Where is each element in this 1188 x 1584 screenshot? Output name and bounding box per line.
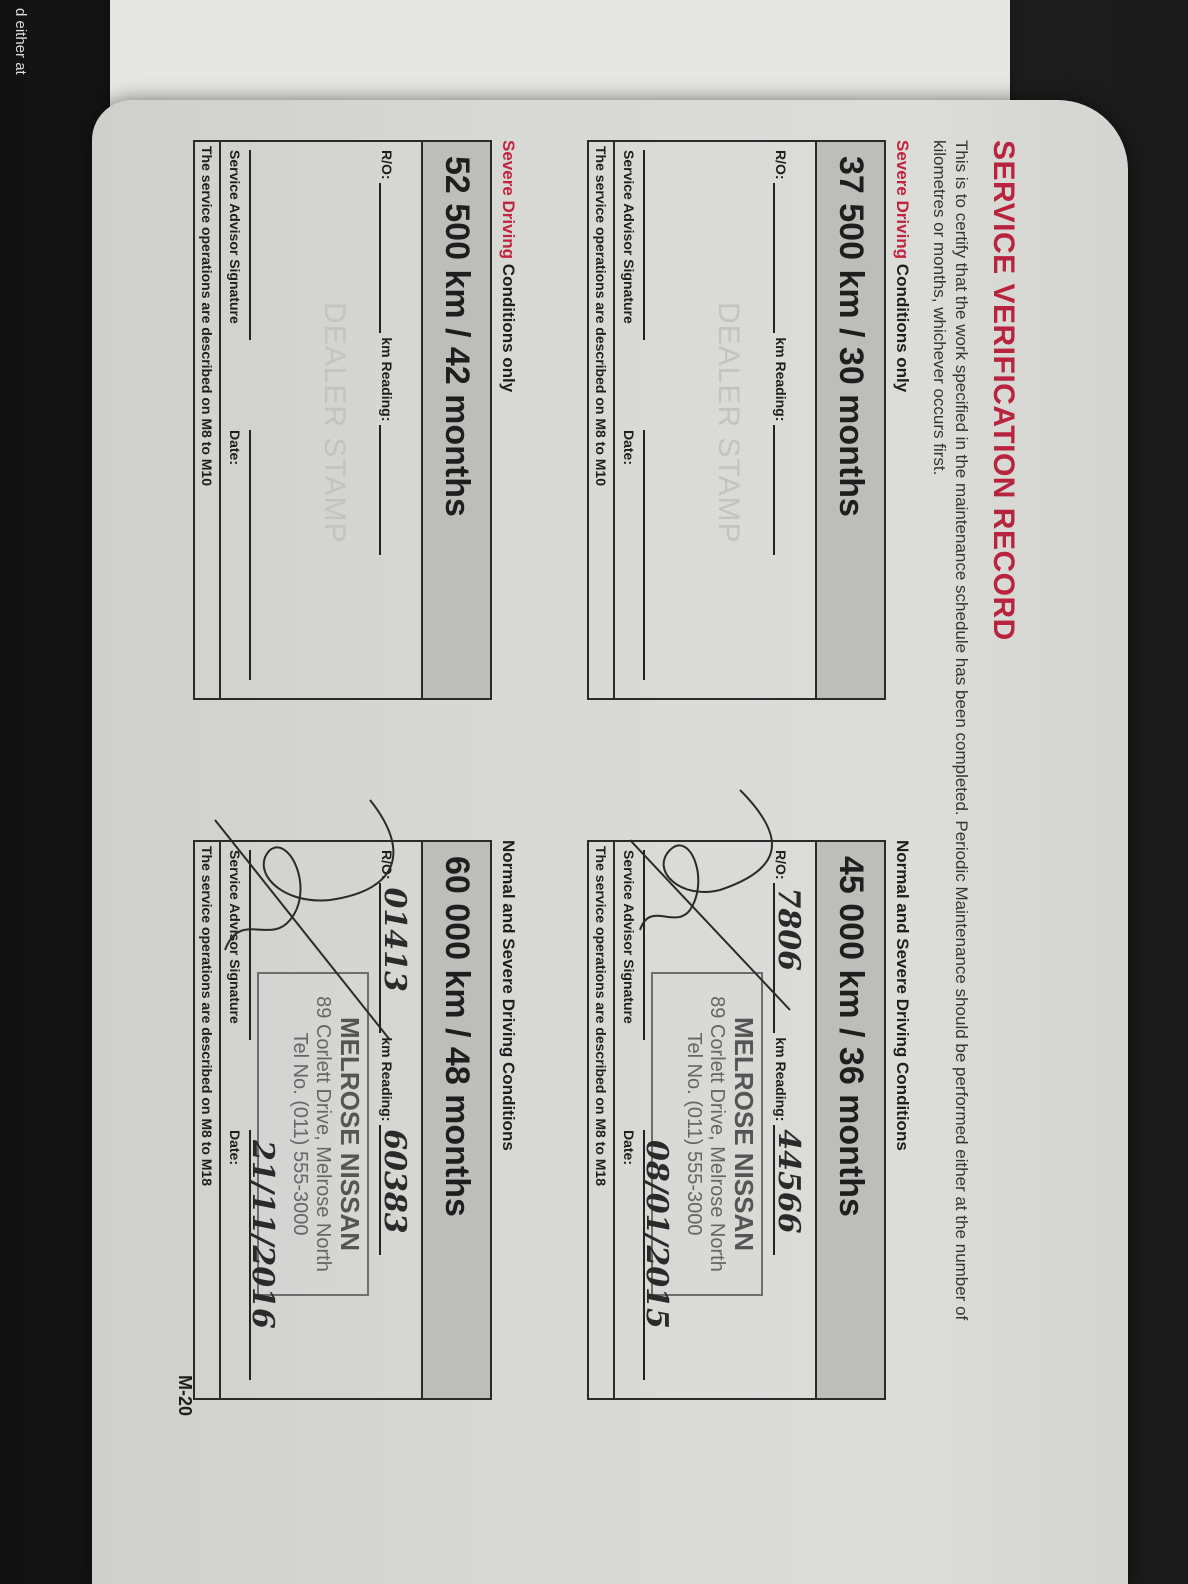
km-reading-field[interactable]: 44566	[773, 1125, 793, 1255]
advisor-signature-field[interactable]	[249, 150, 251, 340]
advisor-signature-label: Service Advisor Signature	[227, 850, 243, 1024]
record-box: 37 500 km / 30 monthsR/O: km Reading: DE…	[587, 140, 886, 700]
ro-label: R/O:	[379, 850, 395, 883]
date-handwritten-value: 08/01/2015	[639, 1140, 674, 1329]
date-field[interactable]	[643, 430, 645, 680]
service-operations-note: The service operations are described on …	[195, 842, 221, 1398]
km-handwritten-value: 60383	[377, 1129, 412, 1233]
service-operations-note: The service operations are described on …	[589, 142, 615, 698]
advisor-signature-label: Service Advisor Signature	[621, 850, 637, 1024]
dealer-stamp-placeholder: DEALER STAMP	[711, 302, 745, 544]
underlying-page-text: d either at	[12, 8, 29, 75]
advisor-signature-field[interactable]	[643, 850, 645, 1040]
dealer-phone: Tel No. (011) 555-3000	[288, 974, 311, 1294]
ro-field[interactable]: 7806	[773, 883, 793, 1033]
service-operations-note: The service operations are described on …	[589, 842, 615, 1398]
record-box: 45 000 km / 36 monthsR/O: 7806 km Readin…	[587, 840, 886, 1400]
date-field[interactable]	[249, 430, 251, 680]
ro-label: R/O:	[773, 150, 789, 183]
dealer-stamp-placeholder: DEALER STAMP	[317, 302, 351, 544]
km-reading-field[interactable]	[773, 425, 793, 555]
intro-paragraph: This is to certify that the work specifi…	[928, 140, 972, 1400]
ro-row: R/O: km Reading:	[379, 150, 399, 555]
km-reading-field[interactable]	[379, 425, 399, 555]
advisor-signature-field[interactable]	[249, 850, 251, 1040]
advisor-signature-field[interactable]	[643, 150, 645, 340]
km-reading-label: km Reading:	[379, 333, 395, 425]
service-interval: 37 500 km / 30 months	[815, 142, 884, 698]
dealer-name: MELROSE NISSAN	[334, 974, 365, 1294]
service-interval: 45 000 km / 36 months	[815, 842, 884, 1398]
page-content: SERVICE VERIFICATION RECORD This is to c…	[150, 140, 1030, 1450]
advisor-signature-label: Service Advisor Signature	[227, 150, 243, 324]
date-label: Date:	[227, 430, 243, 465]
service-operations-note: The service operations are described on …	[195, 142, 221, 698]
page-number: M-20	[174, 1375, 195, 1416]
signature-row: 21/11/2016Service Advisor SignatureDate:	[227, 850, 277, 1380]
service-record-52500: Severe Driving Conditions only52 500 km …	[193, 140, 518, 700]
signature-row: Service Advisor SignatureDate:	[227, 150, 277, 680]
date-label: Date:	[227, 1130, 243, 1165]
ro-label: R/O:	[773, 850, 789, 883]
ro-field[interactable]	[379, 183, 399, 333]
dealer-address: 89 Corlett Drive, Melrose North	[311, 974, 334, 1294]
driving-conditions-label: Normal and Severe Driving Conditions	[498, 840, 518, 1400]
ro-label: R/O:	[379, 150, 395, 183]
service-record-37500: Severe Driving Conditions only37 500 km …	[587, 140, 912, 700]
condition-highlight: Severe Driving	[499, 140, 518, 259]
driving-conditions-label: Normal and Severe Driving Conditions	[892, 840, 912, 1400]
advisor-signature-label: Service Advisor Signature	[621, 150, 637, 324]
km-reading-label: km Reading:	[773, 333, 789, 425]
condition-text: Normal and Severe Driving Conditions	[499, 840, 518, 1151]
service-interval: 60 000 km / 48 months	[421, 842, 490, 1398]
ro-field[interactable]: 01413	[379, 883, 399, 1033]
service-record-60000: Normal and Severe Driving Conditions60 0…	[193, 840, 518, 1400]
record-body: R/O: km Reading: DEALER STAMPService Adv…	[221, 142, 421, 698]
date-label: Date:	[621, 1130, 637, 1165]
km-reading-label: km Reading:	[773, 1033, 789, 1125]
record-box: 60 000 km / 48 monthsR/O: 01413 km Readi…	[193, 840, 492, 1400]
condition-text: Conditions only	[893, 259, 912, 392]
signature-row: Service Advisor SignatureDate:	[621, 150, 671, 680]
condition-text: Conditions only	[499, 259, 518, 392]
condition-text: Normal and Severe Driving Conditions	[893, 840, 912, 1151]
record-body: R/O: 7806 km Reading: 44566MELROSE NISSA…	[615, 842, 815, 1398]
signature-row: 08/01/2015Service Advisor SignatureDate:	[621, 850, 671, 1380]
record-body: R/O: km Reading: DEALER STAMPService Adv…	[615, 142, 815, 698]
ro-row: R/O: 7806 km Reading: 44566	[773, 850, 793, 1255]
condition-highlight: Severe Driving	[893, 140, 912, 259]
driving-conditions-label: Severe Driving Conditions only	[892, 140, 912, 700]
ro-handwritten-value: 7806	[771, 887, 806, 971]
dealer-name: MELROSE NISSAN	[728, 974, 759, 1294]
ro-field[interactable]	[773, 183, 793, 333]
driving-conditions-label: Severe Driving Conditions only	[498, 140, 518, 700]
ro-row: R/O: 01413 km Reading: 60383	[379, 850, 399, 1255]
dealer-address: 89 Corlett Drive, Melrose North	[705, 974, 728, 1294]
record-body: R/O: 01413 km Reading: 60383MELROSE NISS…	[221, 842, 421, 1398]
ro-row: R/O: km Reading:	[773, 150, 793, 555]
dealer-phone: Tel No. (011) 555-3000	[682, 974, 705, 1294]
service-record-45000: Normal and Severe Driving Conditions45 0…	[587, 840, 912, 1400]
date-label: Date:	[621, 430, 637, 465]
km-reading-field[interactable]: 60383	[379, 1125, 399, 1255]
km-handwritten-value: 44566	[771, 1129, 806, 1233]
date-handwritten-value: 21/11/2016	[245, 1140, 280, 1329]
record-box: 52 500 km / 42 monthsR/O: km Reading: DE…	[193, 140, 492, 700]
service-interval: 52 500 km / 42 months	[421, 142, 490, 698]
ro-handwritten-value: 01413	[377, 887, 412, 991]
page-title: SERVICE VERIFICATION RECORD	[986, 140, 1020, 641]
km-reading-label: km Reading:	[379, 1033, 395, 1125]
